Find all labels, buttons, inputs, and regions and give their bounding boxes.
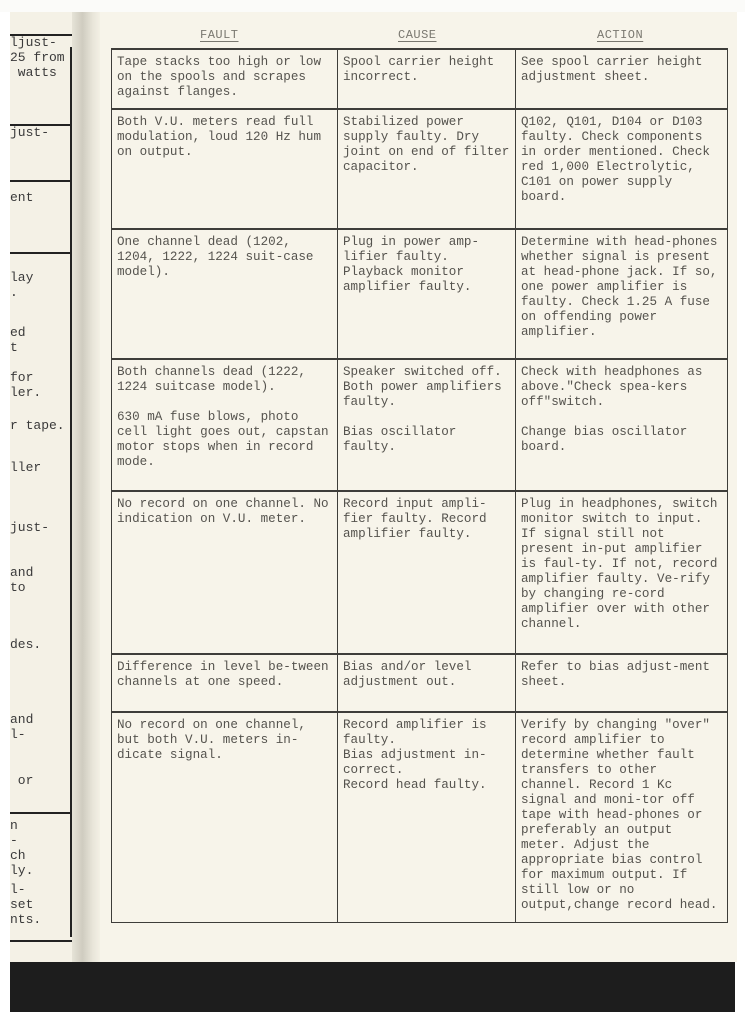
fault-text: Both V.U. meters read full modulation, l… <box>117 115 333 160</box>
table-row: Difference in level be-tween channels at… <box>112 654 728 712</box>
adjacent-page-text: ljust- 25 from watts <box>10 35 65 80</box>
scan-margin-top <box>0 0 745 12</box>
fault-text: Tape stacks too high or low on the spool… <box>117 55 333 100</box>
cell-action: Determine with head-phones whether signa… <box>516 229 728 359</box>
adjacent-page-text: and to <box>10 565 33 595</box>
cause-text: Speaker switched off. Both power amplifi… <box>343 365 511 410</box>
cell-cause: Bias and/or level adjustment out. <box>338 654 516 712</box>
cell-fault: One channel dead (1202, 1204, 1222, 1224… <box>112 229 338 359</box>
table-row: No record on one channel, but both V.U. … <box>112 712 728 922</box>
action-text: Change bias oscillator board. <box>521 425 723 455</box>
cell-action: Refer to bias adjust-ment sheet. <box>516 654 728 712</box>
fault-text: No record on one channel, but both V.U. … <box>117 718 333 763</box>
cause-text: Bias oscillator faulty. <box>343 425 511 455</box>
cell-cause: Spool carrier height incorrect. <box>338 49 516 109</box>
cell-action: Plug in headphones, switch monitor switc… <box>516 491 728 654</box>
divider <box>10 940 72 942</box>
cell-fault: Both channels dead (1222, 1224 suitcase … <box>112 359 338 491</box>
adjacent-page-text: ed t <box>10 325 26 355</box>
divider <box>10 180 72 182</box>
book-gutter <box>72 12 102 962</box>
cell-action: See spool carrier height adjustment shee… <box>516 49 728 109</box>
adjacent-page-text: n - ch ly. <box>10 818 33 878</box>
fault-text: One channel dead (1202, 1204, 1222, 1224… <box>117 235 333 280</box>
adjacent-page-fragment: ljust- 25 from wattsjust-ent lay .ed tfo… <box>10 12 72 962</box>
scanner-shadow <box>10 962 735 1012</box>
fault-table: Tape stacks too high or low on the spool… <box>111 48 727 923</box>
column-header-action: ACTION <box>597 28 643 42</box>
fault-table-body: Tape stacks too high or low on the spool… <box>112 49 728 922</box>
adjacent-page-text: ent <box>10 190 33 205</box>
adjacent-page-text: r tape. <box>10 418 65 433</box>
cell-fault: No record on one channel. No indication … <box>112 491 338 654</box>
cause-text: Record amplifier is faulty. Bias adjustm… <box>343 718 511 793</box>
scan-margin-right <box>737 12 745 1012</box>
cell-cause: Stabilized power supply faulty. Dry join… <box>338 109 516 229</box>
cell-cause: Plug in power amp-lifier faulty. Playbac… <box>338 229 516 359</box>
adjacent-page-text: ller <box>10 460 41 475</box>
table-row: Tape stacks too high or low on the spool… <box>112 49 728 109</box>
cause-text: Stabilized power supply faulty. Dry join… <box>343 115 511 175</box>
cell-action: Q102, Q101, D104 or D103 faulty. Check c… <box>516 109 728 229</box>
table-row: No record on one channel. No indication … <box>112 491 728 654</box>
fault-text: 630 mA fuse blows, photo cell light goes… <box>117 410 333 470</box>
cell-fault: Tape stacks too high or low on the spool… <box>112 49 338 109</box>
table-row: Both V.U. meters read full modulation, l… <box>112 109 728 229</box>
cell-cause: Record input ampli-fier faulty. Record a… <box>338 491 516 654</box>
cause-text: Record input ampli-fier faulty. Record a… <box>343 497 511 542</box>
scan-margin-bottom <box>0 1012 745 1024</box>
action-text: Q102, Q101, D104 or D103 faulty. Check c… <box>521 115 723 205</box>
cause-text: Spool carrier height incorrect. <box>343 55 511 85</box>
fault-text: Both channels dead (1222, 1224 suitcase … <box>117 365 333 395</box>
adjacent-page-text: lay . <box>10 255 33 300</box>
cell-fault: No record on one channel, but both V.U. … <box>112 712 338 922</box>
table-row: One channel dead (1202, 1204, 1222, 1224… <box>112 229 728 359</box>
adjacent-page-text: for ler. <box>10 370 41 400</box>
action-text: Determine with head-phones whether signa… <box>521 235 723 340</box>
cell-fault: Difference in level be-tween channels at… <box>112 654 338 712</box>
action-text: See spool carrier height adjustment shee… <box>521 55 723 85</box>
divider <box>10 252 72 254</box>
cell-cause: Speaker switched off. Both power amplifi… <box>338 359 516 491</box>
adjacent-page-text: just- <box>10 520 49 535</box>
cell-fault: Both V.U. meters read full modulation, l… <box>112 109 338 229</box>
cell-action: Verify by changing "over" record amplifi… <box>516 712 728 922</box>
divider <box>10 812 72 814</box>
adjacent-page-text: des. <box>10 637 41 652</box>
action-text: Refer to bias adjust-ment sheet. <box>521 660 723 690</box>
column-header-cause: CAUSE <box>398 28 437 42</box>
action-text: Check with headphones as above."Check sp… <box>521 365 723 410</box>
fault-text: No record on one channel. No indication … <box>117 497 333 527</box>
adjacent-page-text: or <box>10 773 33 788</box>
table-row: Both channels dead (1222, 1224 suitcase … <box>112 359 728 491</box>
cell-action: Check with headphones as above."Check sp… <box>516 359 728 491</box>
scan-margin-left <box>0 12 10 1012</box>
fault-text: Difference in level be-tween channels at… <box>117 660 333 690</box>
action-text: Plug in headphones, switch monitor switc… <box>521 497 723 632</box>
adjacent-page-text: l- set nts. <box>10 882 41 927</box>
cause-text: Bias and/or level adjustment out. <box>343 660 511 690</box>
adjacent-page-text: and l- <box>10 712 33 742</box>
cell-cause: Record amplifier is faulty. Bias adjustm… <box>338 712 516 922</box>
cause-text: Plug in power amp-lifier faulty. Playbac… <box>343 235 511 295</box>
action-text: Verify by changing "over" record amplifi… <box>521 718 723 913</box>
adjacent-page-text: just- <box>10 125 49 140</box>
column-header-fault: FAULT <box>200 28 239 42</box>
